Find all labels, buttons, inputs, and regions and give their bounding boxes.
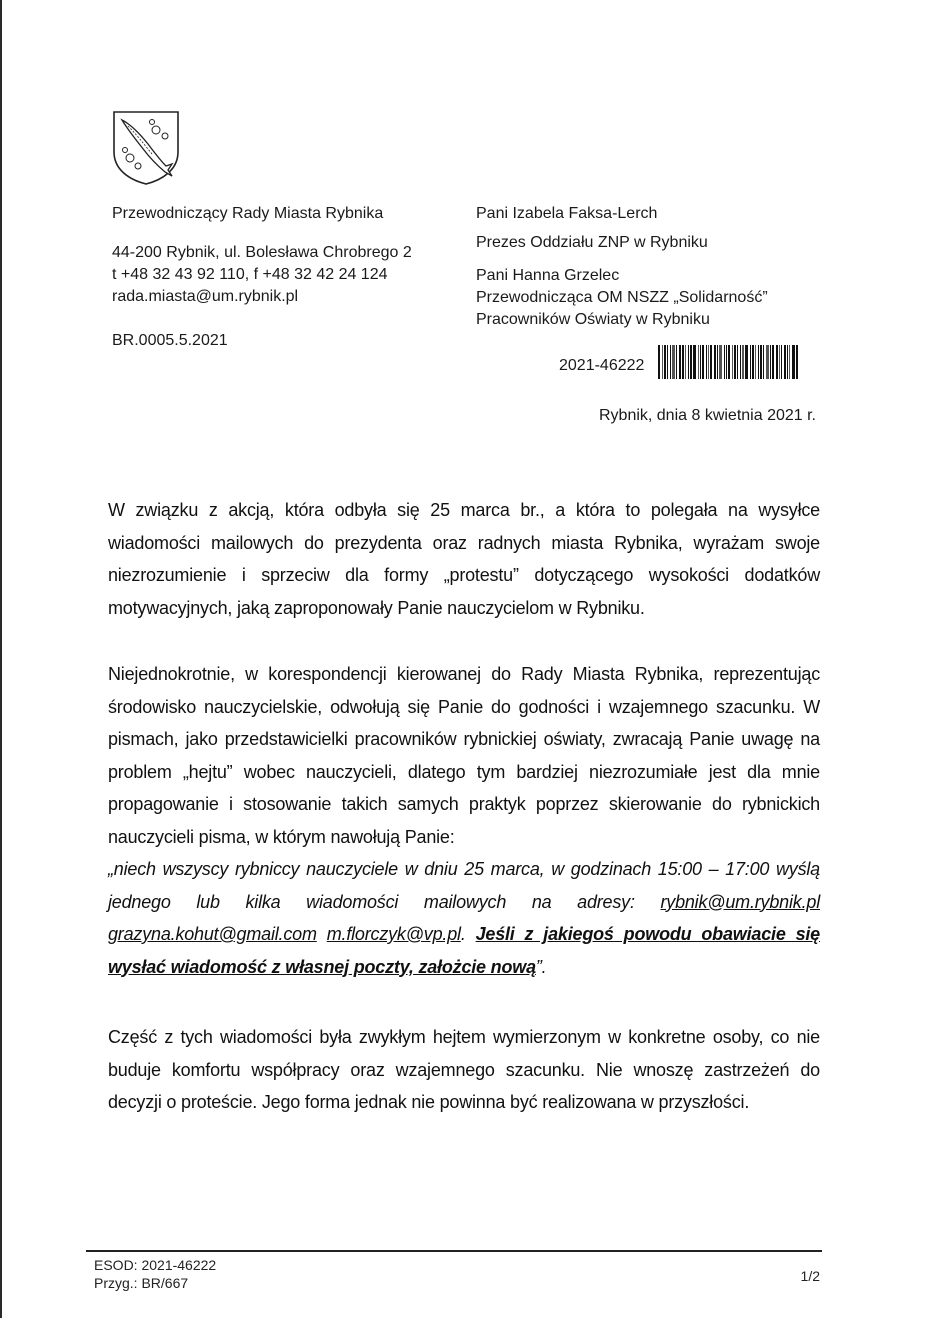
recipient-2-role-cont: Pracowników Oświaty w Rybniku xyxy=(476,309,768,331)
footer-prepared: Przyg.: BR/667 xyxy=(94,1274,216,1292)
reference-number: BR.0005.5.2021 xyxy=(112,330,412,352)
sender-block: Przewodniczący Rady Miasta Rybnika 44-20… xyxy=(112,203,412,352)
footer-esod: ESOD: 2021-46222 xyxy=(94,1256,216,1274)
sender-title: Przewodniczący Rady Miasta Rybnika xyxy=(112,203,412,225)
page-number: 1/2 xyxy=(801,1268,820,1284)
city-coat-of-arms-icon xyxy=(110,108,182,186)
recipient-block: Pani Izabela Faksa-Lerch Prezes Oddziału… xyxy=(476,203,768,331)
sender-address: 44-200 Rybnik, ul. Bolesława Chrobrego 2 xyxy=(112,242,412,264)
sender-phone: t +48 32 43 92 110, f +48 32 42 24 124 xyxy=(112,264,412,286)
body-paragraph-2-text: Niejednokrotnie, w korespondencji kierow… xyxy=(108,664,820,847)
registry-number: 2021-46222 xyxy=(559,357,644,375)
body-paragraph-3: Część z tych wiadomości była zwykłym hej… xyxy=(108,1021,820,1119)
registry-stamp: 2021-46222 xyxy=(559,345,799,379)
body-paragraph-1: W związku z akcją, która odbyła się 25 m… xyxy=(108,494,820,624)
sender-email: rada.miasta@um.rybnik.pl xyxy=(112,286,412,308)
email-link-rybnik[interactable]: rybnik@um.rybnik.pl xyxy=(660,892,820,912)
letter-date: Rybnik, dnia 8 kwietnia 2021 r. xyxy=(599,407,816,425)
email-link-kohut[interactable]: grazyna.kohut@gmail.com xyxy=(108,924,317,944)
footer-divider xyxy=(86,1250,822,1252)
body-paragraph-2: Niejednokrotnie, w korespondencji kierow… xyxy=(108,658,820,983)
recipient-2-role: Przewodnicząca OM NSZZ „Solidarność” xyxy=(476,287,768,309)
recipient-2-name: Pani Hanna Grzelec xyxy=(476,265,768,287)
quoted-call: „niech wszyscy rybniccy nauczyciele w dn… xyxy=(108,859,820,977)
email-link-florczyk[interactable]: m.florczyk@vp.pl xyxy=(327,924,461,944)
footer-meta: ESOD: 2021-46222 Przyg.: BR/667 xyxy=(94,1256,216,1292)
recipient-1-role: Prezes Oddziału ZNP w Rybniku xyxy=(476,232,768,254)
quote-end: ”. xyxy=(536,957,547,977)
barcode-icon xyxy=(658,345,799,379)
recipient-1-name: Pani Izabela Faksa-Lerch xyxy=(476,203,768,225)
